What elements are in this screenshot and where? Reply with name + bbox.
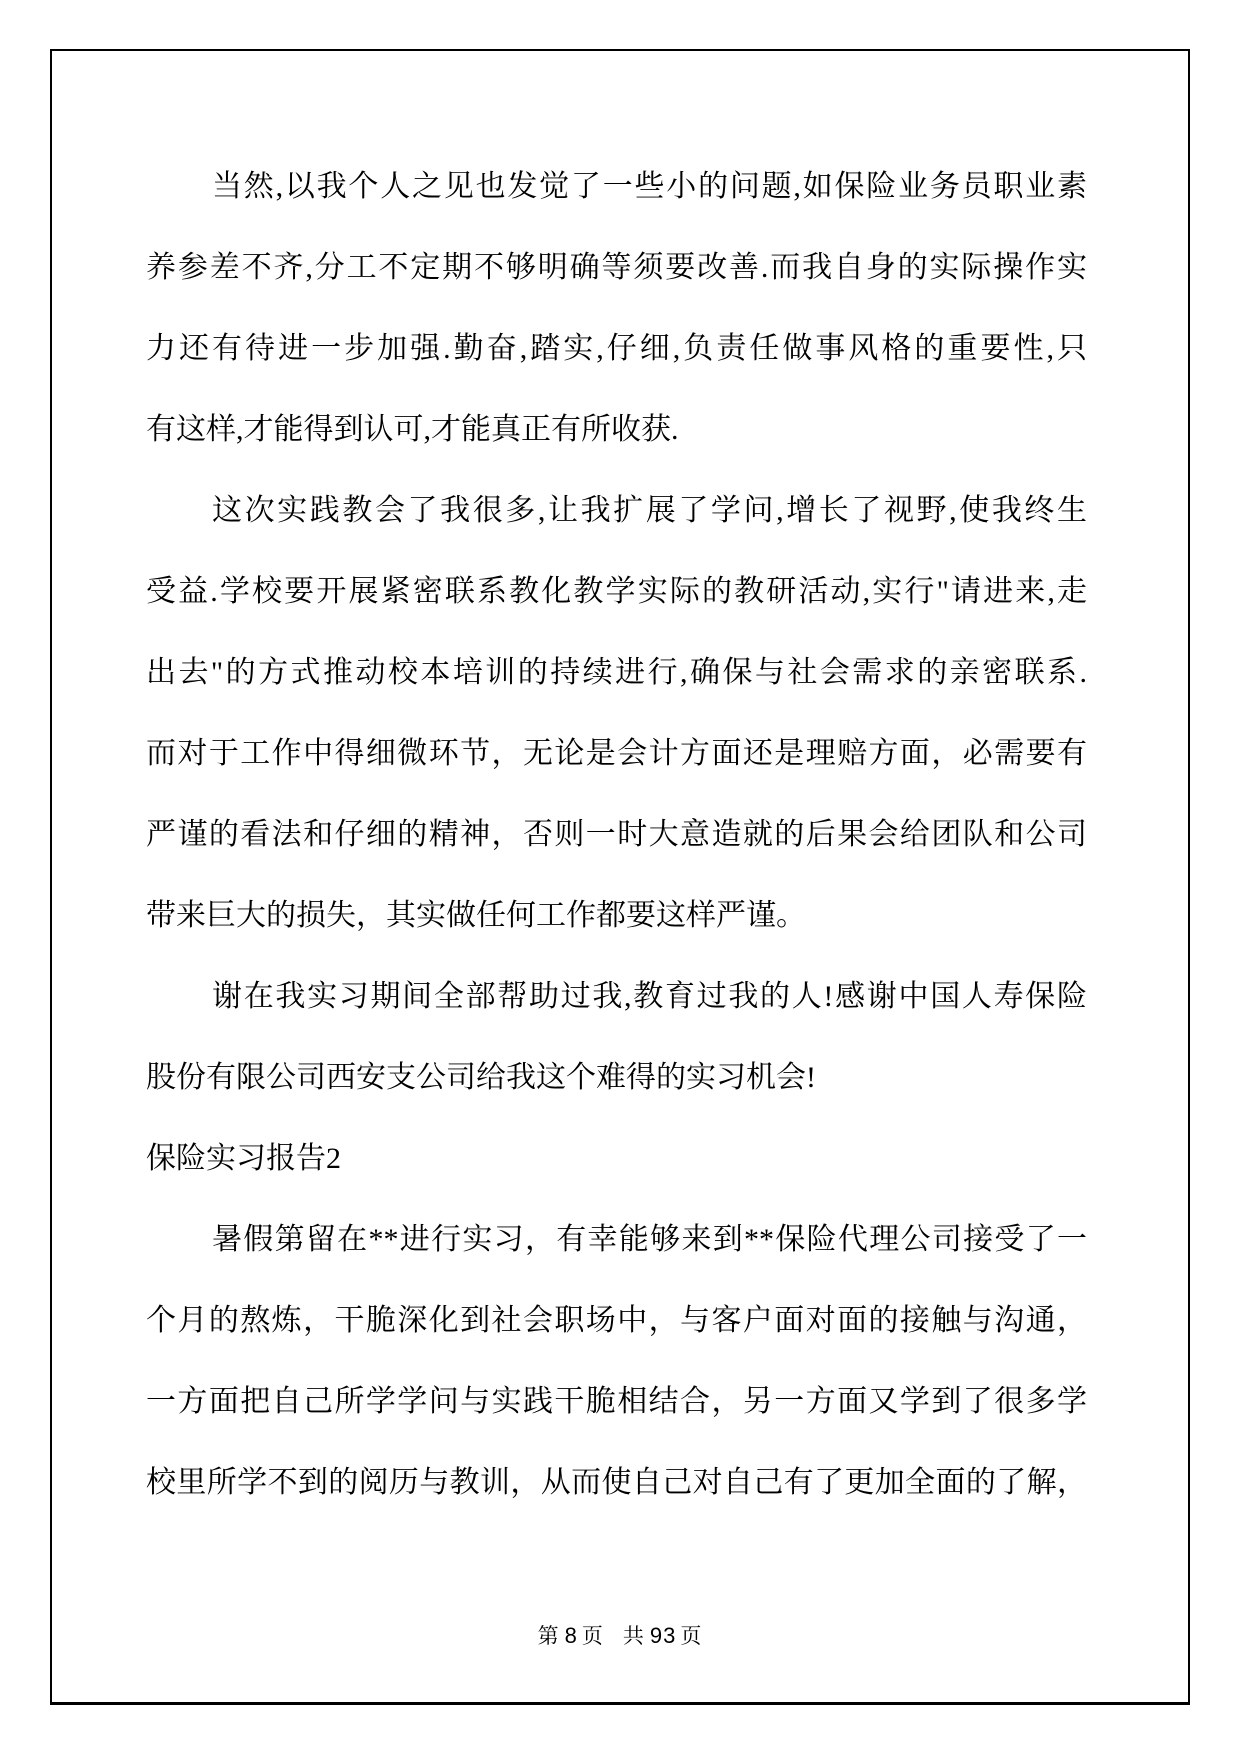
total-pages: 93	[650, 1623, 676, 1648]
text-line: 一方面把自己所学学问与实践干脆相结合，另一方面又学到了很多学	[146, 1361, 1087, 1442]
text-line: 谢在我实习期间全部帮助过我,教育过我的人!感谢中国人寿保险	[146, 956, 1087, 1037]
text-line: 出去"的方式推动校本培训的持续进行,确保与社会需求的亲密联系.	[146, 632, 1087, 713]
text-line: 而对于工作中得细微环节，无论是会计方面还是理赔方面，必需要有	[146, 713, 1087, 794]
page-number-prefix: 第	[538, 1624, 561, 1648]
page-number: 8	[565, 1623, 578, 1648]
text-line: 带来巨大的损失，其实做任何工作都要这样严谨。	[146, 875, 1087, 956]
total-pages-prefix: 共	[623, 1624, 646, 1648]
text-line: 个月的熬炼，干脆深化到社会职场中，与客户面对面的接触与沟通，	[146, 1280, 1087, 1361]
text-line: 有这样,才能得到认可,才能真正有所收获.	[146, 389, 1087, 470]
page-number-unit: 页	[582, 1624, 605, 1648]
total-pages-unit: 页	[680, 1624, 703, 1648]
document-body: 当然,以我个人之见也发觉了一些小的问题,如保险业务员职业素 养参差不齐,分工不定…	[146, 146, 1087, 1523]
text-line: 当然,以我个人之见也发觉了一些小的问题,如保险业务员职业素	[146, 146, 1087, 227]
page-footer: 第8页共93页	[0, 1620, 1241, 1650]
text-line: 校里所学不到的阅历与教训，从而使自己对自己有了更加全面的了解，	[146, 1442, 1087, 1523]
text-line: 暑假第留在**进行实习，有幸能够来到**保险代理公司接受了一	[146, 1199, 1087, 1280]
text-line: 这次实践教会了我很多,让我扩展了学问,增长了视野,使我终生	[146, 470, 1087, 551]
text-line: 股份有限公司西安支公司给我这个难得的实习机会!	[146, 1037, 1087, 1118]
text-line: 养参差不齐,分工不定期不够明确等须要改善.而我自身的实际操作实	[146, 227, 1087, 308]
section-heading: 保险实习报告2	[146, 1118, 1087, 1199]
text-line: 力还有待进一步加强.勤奋,踏实,仔细,负责任做事风格的重要性,只	[146, 308, 1087, 389]
text-line: 受益.学校要开展紧密联系教化教学实际的教研活动,实行"请进来,走	[146, 551, 1087, 632]
text-line: 严谨的看法和仔细的精神，否则一时大意造就的后果会给团队和公司	[146, 794, 1087, 875]
